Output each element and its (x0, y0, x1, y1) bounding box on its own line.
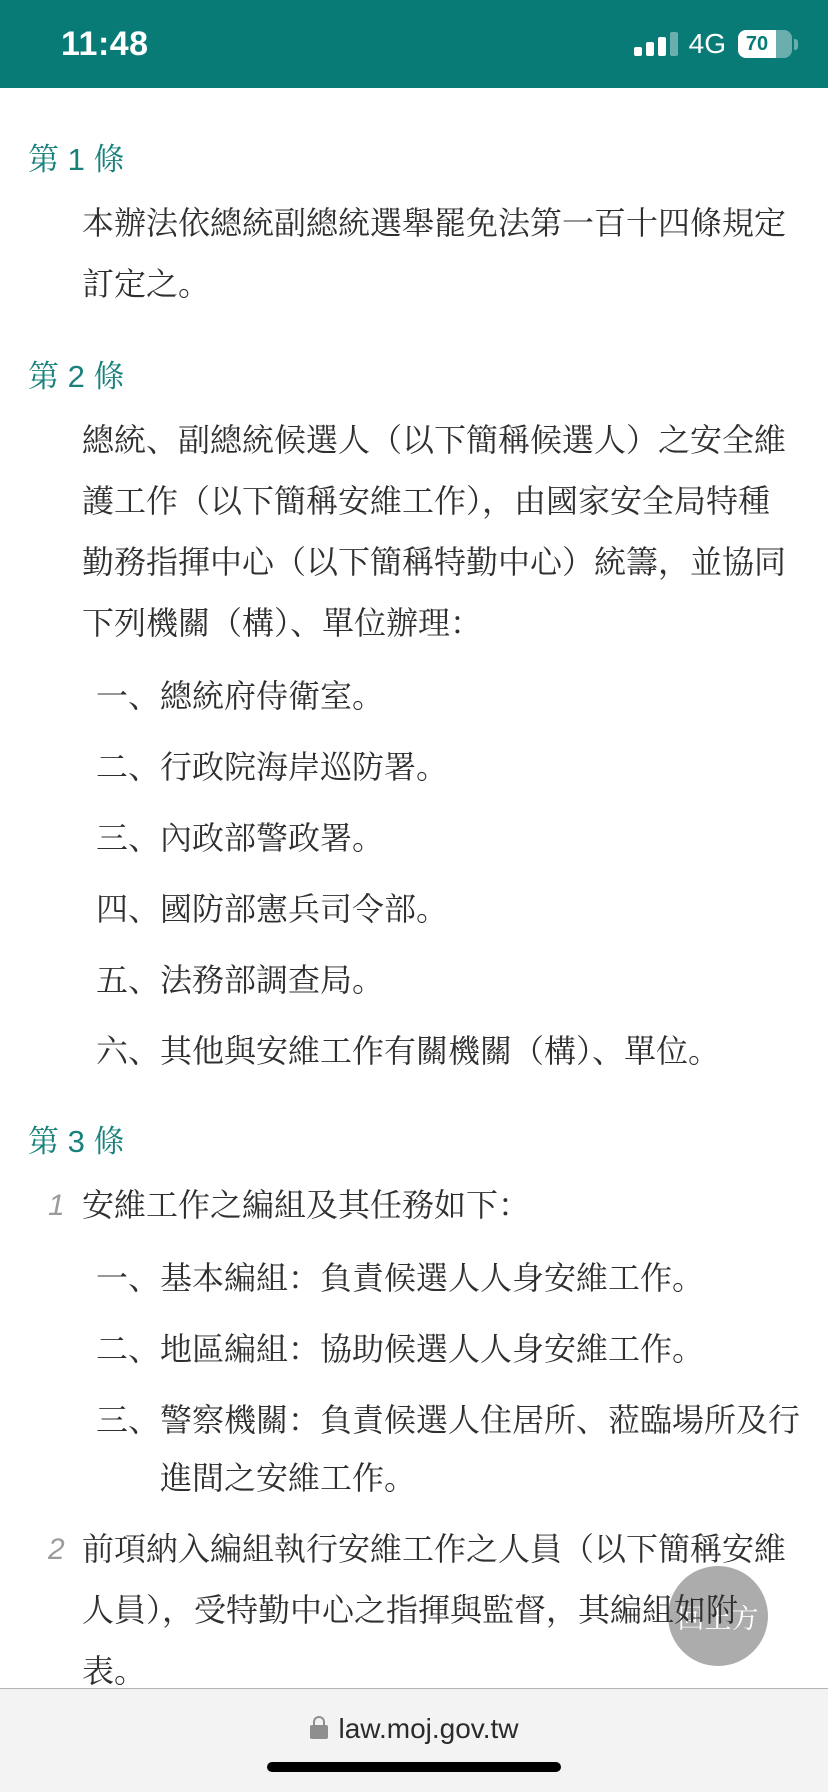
list-item: 二、行政院海岸巡防署。 (0, 738, 804, 796)
url-text: law.moj.gov.tw (339, 1713, 519, 1745)
list-item-marker: 三、 (96, 820, 160, 856)
status-right-cluster: 4G 70 (634, 28, 798, 60)
signal-bar (646, 42, 654, 56)
battery-percent-label: 70 (738, 30, 776, 58)
article-heading: 第 2 條 (28, 351, 828, 396)
list-item: 三、警察機關：負責候選人住居所、蒞臨場所及行進間之安維工作。 (0, 1391, 804, 1507)
list-item-text: 基本編組：負責候選人人身安維工作。 (160, 1260, 704, 1296)
status-time: 11:48 (61, 25, 149, 64)
network-type-label: 4G (689, 28, 726, 60)
list-item-text: 法務部調查局。 (160, 962, 384, 998)
signal-bar (658, 37, 666, 56)
list-item-marker: 四、 (96, 891, 160, 927)
article-3: 第 3 條 1 安維工作之編組及其任務如下： 一、基本編組：負責候選人人身安維工… (0, 1116, 828, 1702)
signal-bar (670, 32, 678, 56)
list-item-marker: 五、 (96, 962, 160, 998)
list-item-text: 行政院海岸巡防署。 (160, 749, 448, 785)
list-item-text: 國防部憲兵司令部。 (160, 891, 448, 927)
paragraph-text: 前項納入編組執行安維工作之人員（以下簡稱安維人員），受特勤中心之指揮與監督，其編… (82, 1519, 792, 1702)
list-item-marker: 三、 (96, 1402, 160, 1438)
list-item-marker: 一、 (96, 1260, 160, 1296)
list-item-marker: 一、 (96, 678, 160, 714)
list-item-text: 其他與安維工作有關機關（構）、單位。 (160, 1033, 720, 1069)
list-item-text: 總統府侍衛室。 (160, 678, 384, 714)
article-heading: 第 1 條 (28, 134, 828, 179)
article-paragraph: 2 前項納入編組執行安維工作之人員（以下簡稱安維人員），受特勤中心之指揮與監督，… (82, 1519, 792, 1702)
list-item: 二、地區編組：協助候選人人身安維工作。 (0, 1320, 804, 1378)
article-paragraph: 總統、副總統候選人（以下簡稱候選人）之安全維護工作（以下簡稱安維工作），由國家安… (82, 410, 792, 654)
status-bar: 11:48 4G 70 (0, 0, 828, 88)
article-1: 第 1 條 本辦法依總統副總統選舉罷免法第一百十四條規定訂定之。 (0, 134, 828, 315)
url-chip[interactable]: law.moj.gov.tw (310, 1713, 519, 1745)
list-item-marker: 二、 (96, 1331, 160, 1367)
paragraph-text: 安維工作之編組及其任務如下： (82, 1175, 792, 1236)
paragraph-number: 2 (48, 1533, 65, 1567)
safari-bottom-bar: law.moj.gov.tw (0, 1688, 828, 1792)
list-item: 一、總統府侍衛室。 (0, 667, 804, 725)
list-item: 四、國防部憲兵司令部。 (0, 880, 804, 938)
law-article-content: 第 1 條 本辦法依總統副總統選舉罷免法第一百十四條規定訂定之。 第 2 條 總… (0, 88, 828, 1702)
list-item: 五、法務部調查局。 (0, 951, 804, 1009)
list-item: 一、基本編組：負責候選人人身安維工作。 (0, 1249, 804, 1307)
list-item-marker: 二、 (96, 749, 160, 785)
battery-icon: 70 (738, 30, 792, 58)
signal-bar (634, 47, 642, 56)
paragraph-text: 本辦法依總統副總統選舉罷免法第一百十四條規定訂定之。 (82, 193, 792, 315)
paragraph-number: 1 (48, 1189, 65, 1223)
article-2: 第 2 條 總統、副總統候選人（以下簡稱候選人）之安全維護工作（以下簡稱安維工作… (0, 351, 828, 1080)
lock-icon (310, 1725, 328, 1739)
list-item: 六、其他與安維工作有關機關（構）、單位。 (0, 1022, 804, 1080)
article-heading: 第 3 條 (28, 1116, 828, 1161)
cellular-signal-icon (634, 32, 678, 56)
article-paragraph: 本辦法依總統副總統選舉罷免法第一百十四條規定訂定之。 (82, 193, 792, 315)
list-item-text: 警察機關：負責候選人住居所、蒞臨場所及行進間之安維工作。 (160, 1402, 800, 1496)
list-item-text: 地區編組：協助候選人人身安維工作。 (160, 1331, 704, 1367)
list-item-marker: 六、 (96, 1033, 160, 1069)
paragraph-text: 總統、副總統候選人（以下簡稱候選人）之安全維護工作（以下簡稱安維工作），由國家安… (82, 410, 792, 654)
article-paragraph: 1 安維工作之編組及其任務如下： (82, 1175, 792, 1236)
battery-cap-icon (794, 39, 798, 50)
home-indicator[interactable] (267, 1762, 561, 1772)
list-item-text: 內政部警政署。 (160, 820, 384, 856)
list-item: 三、內政部警政署。 (0, 809, 804, 867)
